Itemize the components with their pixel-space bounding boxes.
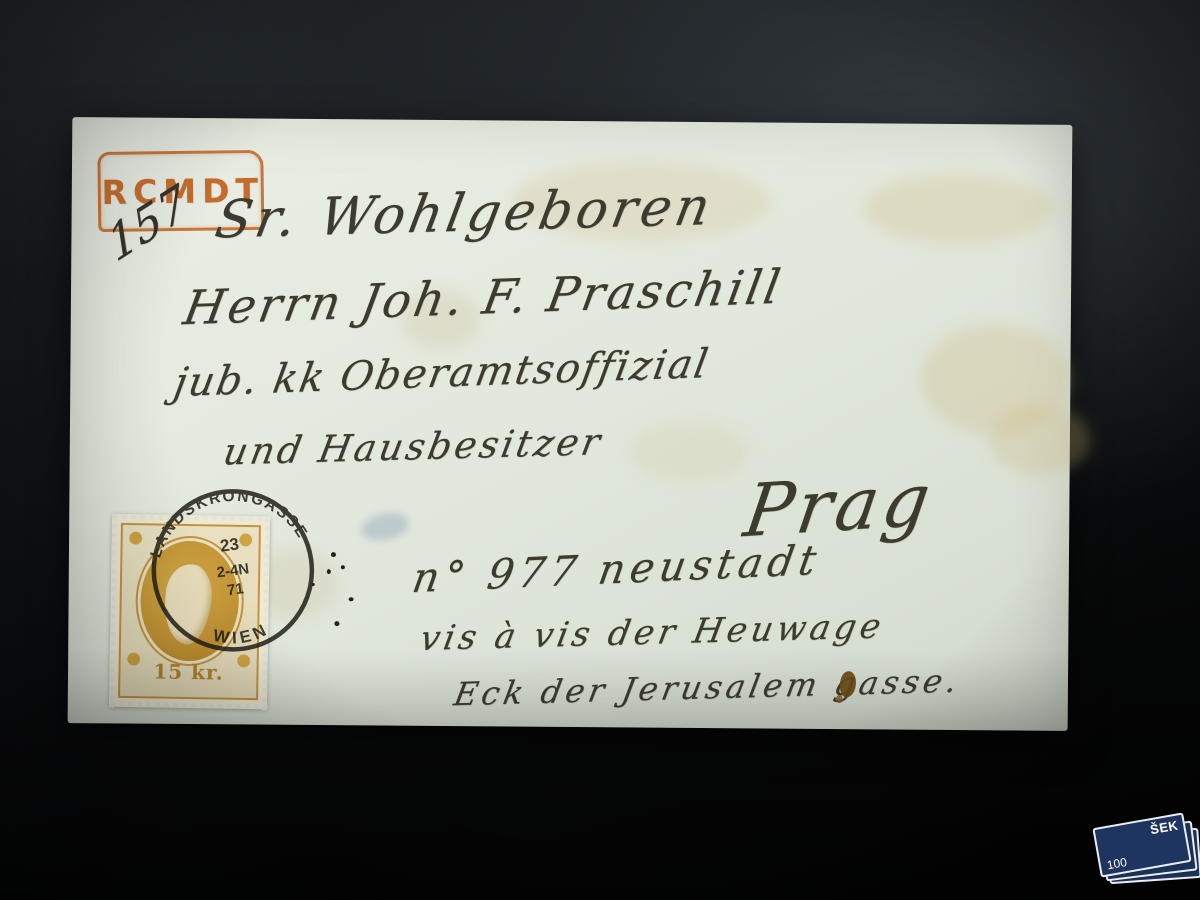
stain: [920, 324, 1071, 435]
photograph: RCMDT 157 Sr. Wohlgeboren Herrn Joh. F. …: [0, 0, 1200, 900]
address-line-title: jub. kk Oberamtsoffizial: [170, 341, 713, 406]
stamp-perforation: [107, 513, 119, 708]
watermark-label: ŠEK: [1149, 818, 1179, 838]
address-line-salutation: Sr. Wohlgeboren: [211, 177, 719, 251]
address-line-occupation: und Hausbesitzer: [220, 420, 606, 473]
ink-blot: [836, 695, 843, 703]
stamp-perforation: [108, 700, 268, 712]
address-line-name: Herrn Joh. F. Praschill: [179, 260, 787, 337]
address-line-house: n° 977 neustadt: [409, 536, 825, 603]
address-line-street: Eck der Jerusalem gasse.: [451, 661, 964, 713]
ink-speck: [349, 597, 354, 601]
envelope: RCMDT 157 Sr. Wohlgeboren Herrn Joh. F. …: [68, 117, 1073, 731]
stain: [861, 173, 1052, 244]
stain: [630, 421, 750, 482]
ink-speck: [341, 565, 345, 569]
postmark-year: 71: [226, 580, 245, 599]
address-line-landmark: vis à vis der Heuwage: [417, 606, 888, 659]
watermark-count: 100: [1106, 855, 1128, 872]
ink-smudge: [359, 509, 411, 544]
ink-speck: [331, 552, 336, 557]
stain: [990, 404, 1091, 475]
postmark-time: 2-4N: [216, 560, 250, 581]
postmark-cds: LANDSKRONGASSE 23 2-4N 71 WIEN: [125, 463, 341, 679]
postmark-day: 23: [219, 534, 240, 555]
sek-watermark: ŠEK 100: [1094, 816, 1200, 894]
